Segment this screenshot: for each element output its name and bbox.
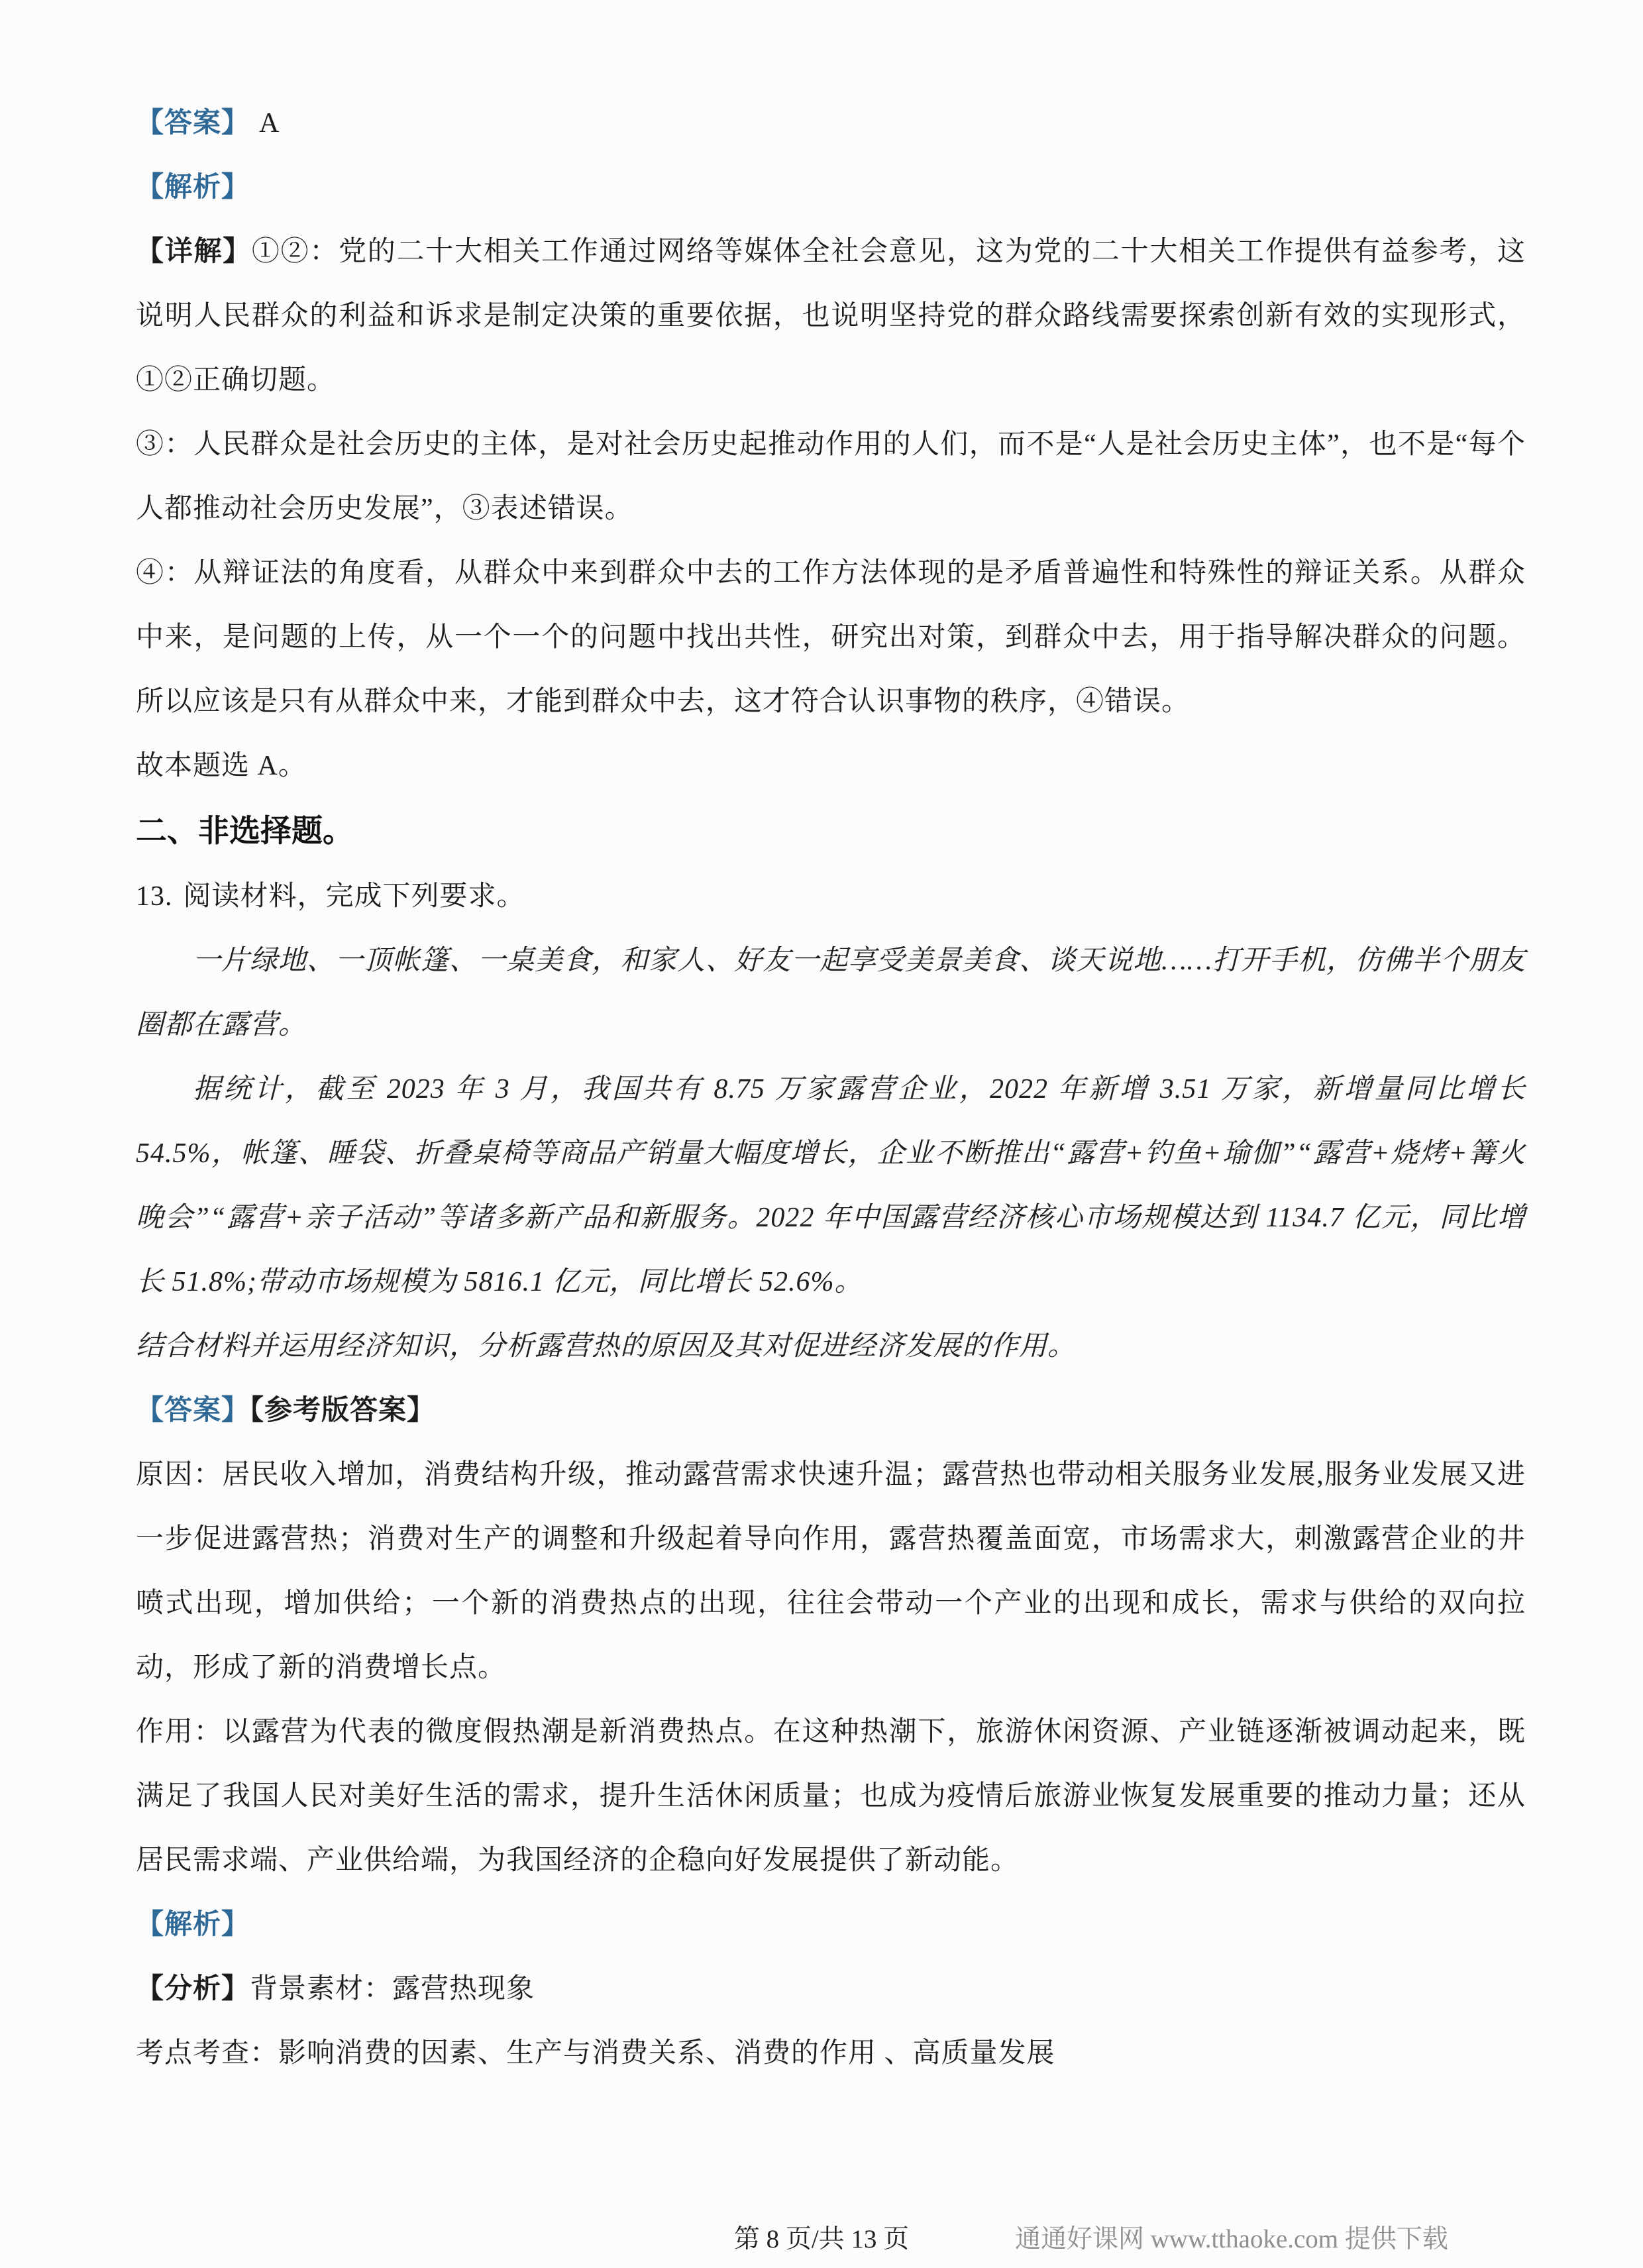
page-content: 【答案】A 【解析】 【详解】①②：党的二十大相关工作通过网络等媒体全社会意见，… (136, 91, 1526, 2086)
xiangjie-label: 【详解】 (136, 237, 252, 267)
q12-conclusion-line: 故本题选 A。 (136, 734, 1526, 798)
q13-effect-paragraph: 作用：以露营为代表的微度假热潮是新消费热点。在这种热潮下，旅游休闲资源、产业链逐… (136, 1700, 1526, 1893)
q12-point4-paragraph: ④：从辩证法的角度看，从群众中来到群众中去的工作方法体现的是矛盾普遍性和特殊性的… (136, 541, 1526, 734)
q13-material-paragraph-2: 据统计，截至 2023 年 3 月，我国共有 8.75 万家露营企业，2022 … (136, 1057, 1526, 1315)
q13-fenxi-paragraph: 【分析】背景素材：露营热现象 (136, 1957, 1526, 2022)
page-number: 第 8 页/共 13 页 (734, 2218, 909, 2255)
q13-fenxi-text: 背景素材：露营热现象 (250, 1974, 535, 2004)
jiexi-label: 【解析】 (136, 1910, 250, 1940)
ref-answer-label: 【参考版答案】 (250, 1395, 435, 1426)
q13-prompt-line: 13.阅读材料，完成下列要求。 (136, 865, 1526, 929)
q12-point3-paragraph: ③：人民群众是社会历史的主体，是对社会历史起推动作用的人们，而不是“人是社会历史… (136, 413, 1526, 541)
q13-prompt: 阅读材料，完成下列要求。 (184, 881, 525, 912)
q12-detail-paragraph: 【详解】①②：党的二十大相关工作通过网络等媒体全社会意见，这为党的二十大相关工作… (136, 220, 1526, 413)
document-page: 【答案】A 【解析】 【详解】①②：党的二十大相关工作通过网络等媒体全社会意见，… (0, 0, 1643, 2268)
q13-reason-paragraph: 原因：居民收入增加，消费结构升级，推动露营需求快速升温；露营热也带动相关服务业发… (136, 1443, 1526, 1700)
q12-jiexi-line: 【解析】 (136, 156, 1526, 220)
answer-label: 【答案】 (136, 1395, 250, 1426)
section2-heading: 二、非选择题。 (136, 798, 1526, 865)
q13-kaodian-paragraph: 考点考查：影响消费的因素、生产与消费关系、消费的作用 、高质量发展 (136, 2022, 1526, 2086)
q13-number: 13. (136, 881, 173, 912)
q13-jiexi-line: 【解析】 (136, 1893, 1526, 1957)
q12-answer-value: A (259, 108, 280, 138)
q13-task-line: 结合材料并运用经济知识，分析露营热的原因及其对促进经济发展的作用。 (136, 1315, 1526, 1379)
q12-detail-text: ①②：党的二十大相关工作通过网络等媒体全社会意见，这为党的二十大相关工作提供有益… (136, 237, 1526, 396)
page-footer: 第 8 页/共 13 页 通通好课网 www.tthaoke.com 提供下载 (0, 2218, 1643, 2258)
q12-answer-line: 【答案】A (136, 91, 1526, 156)
fenxi-label: 【分析】 (136, 1974, 250, 2004)
jiexi-label: 【解析】 (136, 172, 250, 203)
q13-material-paragraph-1: 一片绿地、一顶帐篷、一桌美食，和家人、好友一起享受美景美食、谈天说地……打开手机… (136, 929, 1526, 1057)
answer-label: 【答案】 (136, 108, 250, 138)
q13-answer-line: 【答案】【参考版答案】 (136, 1379, 1526, 1443)
site-credit: 通通好课网 www.tthaoke.com 提供下载 (1015, 2218, 1448, 2255)
